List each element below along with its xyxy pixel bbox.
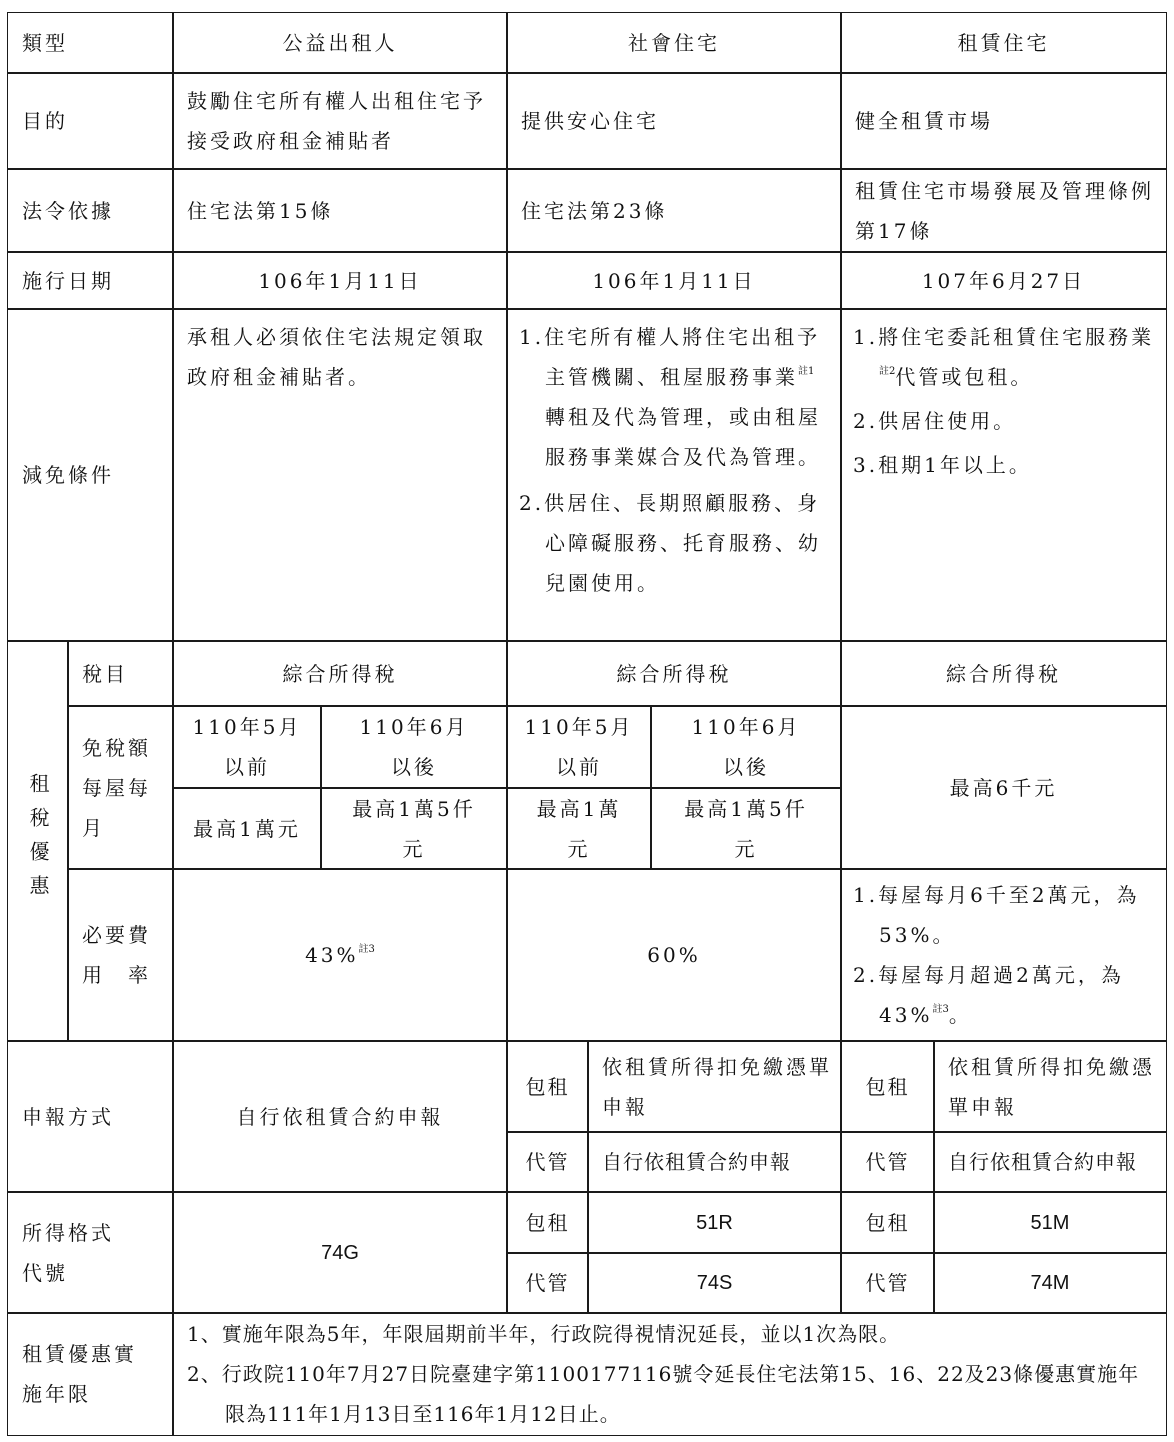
- rental-housing-conditions-list: 1.將住宅委託租賃住宅服務業註2代管或包租。 2.供居住使用。 3.租期1年以上…: [853, 317, 1160, 485]
- exemption-amount-label-text: 免稅額每屋每月: [82, 728, 162, 848]
- effective-date-public-welfare: 106年1月11日: [172, 251, 508, 310]
- exemption-conditions-public-welfare: 承租人必須依住宅法規定領取政府租金補貼者。: [172, 308, 508, 642]
- effective-date-text: 106年1月11日: [592, 261, 755, 301]
- type-label-text: 類型: [22, 23, 68, 63]
- legal-basis-label-text: 法令依據: [22, 191, 114, 231]
- sublease-label-text: 包租: [526, 1067, 570, 1107]
- tax-item-label-text: 稅目: [82, 654, 128, 694]
- condition-item: 2.供居住使用。: [853, 401, 1160, 441]
- exemption-conditions-rental-housing: 1.將住宅委託租賃住宅服務業註2代管或包租。 2.供居住使用。 3.租期1年以上…: [840, 308, 1167, 642]
- purpose-public-welfare: 鼓勵住宅所有權人出租住宅予接受政府租金補貼者: [172, 72, 508, 170]
- purpose-label: 目的: [7, 72, 174, 170]
- tax-benefits-label-text: 租稅優惠: [18, 773, 58, 909]
- period-text: 110年5月以前: [519, 707, 639, 787]
- expense-rate-item: 2.每屋每月超過2萬元，為43%註3。: [853, 955, 1160, 1035]
- expense-rate-rental-housing: 1.每屋每月6千至2萬元，為53%。 2.每屋每月超過2萬元，為43%註3。: [840, 868, 1167, 1042]
- filing-method-text: 自行依租賃合約申報: [602, 1142, 791, 1182]
- management-label-text: 代管: [866, 1263, 910, 1303]
- type-label: 類型: [7, 12, 174, 74]
- implementation-item: 2、行政院110年7月27日院臺建字第1100177116號令延長住宅法第15、…: [187, 1354, 1160, 1434]
- column-header-public-welfare: 公益出租人: [172, 12, 508, 74]
- condition-item: 1.將住宅委託租賃住宅服務業註2代管或包租。: [853, 317, 1160, 397]
- management-label-text: 代管: [526, 1263, 570, 1303]
- expense-rate-label: 必要費 用 率: [67, 868, 174, 1042]
- code-sublease-rental: 51M: [933, 1191, 1167, 1254]
- legal-basis-label: 法令依據: [7, 168, 174, 253]
- footnote-marker: 註3: [932, 1004, 948, 1015]
- tax-item-label: 稅目: [67, 640, 174, 707]
- income-code-value: 74M: [1031, 1263, 1070, 1303]
- expense-rate-label-text: 必要費 用 率: [82, 915, 151, 995]
- expense-rate-list: 1.每屋每月6千至2萬元，為53%。 2.每屋每月超過2萬元，為43%註3。: [853, 875, 1160, 1035]
- legal-basis-social-housing: 住宅法第23條: [506, 168, 842, 253]
- code-sublease-label-social: 包租: [506, 1191, 589, 1254]
- management-label-text: 代管: [526, 1142, 570, 1182]
- exemption-conditions-label-text: 減免條件: [22, 455, 114, 495]
- amount-text: 最高1萬元: [529, 789, 629, 869]
- amount-text: 最高1萬5仟元: [676, 789, 816, 869]
- period-after-june-110-public: 110年6月以後: [320, 705, 508, 789]
- implementation-period-content: 1、實施年限為5年，年限屆期前半年，行政院得視情況延長，並以1次為限。 2、行政…: [172, 1312, 1167, 1436]
- legal-basis-rental-housing: 租賃住宅市場發展及管理條例第17條: [840, 168, 1167, 253]
- exemption-amount-label: 免稅額每屋每月: [67, 705, 174, 870]
- code-management-label-social: 代管: [506, 1252, 589, 1314]
- code-sublease-social: 51R: [587, 1191, 842, 1254]
- legal-basis-text: 住宅法第15條: [187, 191, 333, 231]
- period-after-june-110-social: 110年6月以後: [650, 705, 842, 789]
- condition-item: 1.住宅所有權人將住宅出租予主管機關、租屋服務事業註1轉租及代為管理，或由租屋服…: [519, 317, 835, 477]
- code-management-social: 74S: [587, 1252, 842, 1314]
- period-text: 110年6月以後: [354, 707, 474, 787]
- income-code-label: 所得格式代號: [7, 1191, 174, 1314]
- purpose-text: 鼓勵住宅所有權人出租住宅予接受政府租金補貼者: [187, 81, 501, 161]
- amount-before-social: 最高1萬元: [506, 787, 652, 870]
- footnote-marker: 註3: [359, 944, 375, 955]
- filing-sublease-social: 依租賃所得扣免繳憑單申報: [587, 1040, 842, 1133]
- tax-benefits-label: 租稅優惠: [7, 640, 69, 1042]
- column-header-social-housing: 社會住宅: [506, 12, 842, 74]
- income-code-value: 74G: [321, 1233, 359, 1273]
- filing-method-text: 依租賃所得扣免繳憑單申報: [948, 1047, 1160, 1127]
- condition-item: 3.租期1年以上。: [853, 445, 1160, 485]
- code-management-rental: 74M: [933, 1252, 1167, 1314]
- column-header-text: 公益出租人: [283, 23, 398, 63]
- income-code-value: 51R: [696, 1203, 733, 1243]
- expense-rate-item: 1.每屋每月6千至2萬元，為53%。: [853, 875, 1160, 955]
- exemption-amount-rental-housing: 最高6千元: [840, 705, 1167, 870]
- implementation-item: 1、實施年限為5年，年限屆期前半年，行政院得視情況延長，並以1次為限。: [187, 1314, 1160, 1354]
- column-header-text: 社會住宅: [628, 23, 720, 63]
- footnote-marker: 註2: [879, 366, 895, 377]
- amount-before-public: 最高1萬元: [172, 787, 322, 870]
- period-text: 110年6月以後: [686, 707, 806, 787]
- filing-method-text: 自行依租賃合約申報: [948, 1142, 1137, 1182]
- purpose-rental-housing: 健全租賃市場: [840, 72, 1167, 170]
- tax-item-public-welfare: 綜合所得稅: [172, 640, 508, 707]
- tax-item-rental-housing: 綜合所得稅: [840, 640, 1167, 707]
- management-label-text: 代管: [866, 1142, 910, 1182]
- sublease-label-text: 包租: [526, 1203, 570, 1243]
- tax-item-text: 綜合所得稅: [283, 654, 398, 694]
- social-housing-conditions-list: 1.住宅所有權人將住宅出租予主管機關、租屋服務事業註1轉租及代為管理，或由租屋服…: [519, 317, 835, 603]
- expense-rate-value: 60%: [647, 935, 700, 975]
- filing-method-label: 申報方式: [7, 1040, 174, 1193]
- expense-rate-social-housing: 60%: [506, 868, 842, 1042]
- tax-item-text: 綜合所得稅: [946, 654, 1061, 694]
- expense-rate-public-welfare: 43%註3: [172, 868, 508, 1042]
- filing-management-label-social: 代管: [506, 1131, 589, 1193]
- column-header-text: 租賃住宅: [958, 23, 1050, 63]
- implementation-period-label: 租賃優惠實施年限: [7, 1312, 174, 1436]
- legal-basis-text: 住宅法第23條: [521, 191, 667, 231]
- sublease-label-text: 包租: [866, 1203, 910, 1243]
- amount-text: 最高1萬元: [193, 809, 301, 849]
- purpose-text: 健全租賃市場: [855, 101, 993, 141]
- effective-date-rental-housing: 107年6月27日: [840, 251, 1167, 310]
- exemption-conditions-social-housing: 1.住宅所有權人將住宅出租予主管機關、租屋服務事業註1轉租及代為管理，或由租屋服…: [506, 308, 842, 642]
- income-code-value: 74S: [697, 1263, 733, 1303]
- sublease-label-text: 包租: [866, 1067, 910, 1107]
- amount-after-public: 最高1萬5仟元: [320, 787, 508, 870]
- tax-item-text: 綜合所得稅: [617, 654, 732, 694]
- implementation-period-label-text: 租賃優惠實施年限: [22, 1334, 152, 1414]
- filing-sublease-label-rental: 包租: [840, 1040, 935, 1133]
- code-management-label-rental: 代管: [840, 1252, 935, 1314]
- effective-date-social-housing: 106年1月11日: [506, 251, 842, 310]
- effective-date-label-text: 施行日期: [22, 261, 114, 301]
- footnote-marker: 註1: [798, 366, 814, 377]
- amount-text: 最高6千元: [950, 768, 1058, 808]
- effective-date-text: 107年6月27日: [922, 261, 1085, 301]
- filing-management-rental: 自行依租賃合約申報: [933, 1131, 1167, 1193]
- exemption-conditions-label: 減免條件: [7, 308, 174, 642]
- filing-sublease-label-social: 包租: [506, 1040, 589, 1133]
- condition-item: 2.供居住、長期照顧服務、身心障礙服務、托育服務、幼兒園使用。: [519, 483, 835, 603]
- filing-sublease-rental: 依租賃所得扣免繳憑單申報: [933, 1040, 1167, 1133]
- period-before-may-110-social: 110年5月以前: [506, 705, 652, 789]
- effective-date-text: 106年1月11日: [258, 261, 421, 301]
- purpose-label-text: 目的: [22, 101, 68, 141]
- exemption-condition-text: 承租人必須依住宅法規定領取政府租金補貼者。: [187, 317, 501, 397]
- filing-method-public-welfare: 自行依租賃合約申報: [172, 1040, 508, 1193]
- filing-management-social: 自行依租賃合約申報: [587, 1131, 842, 1193]
- effective-date-label: 施行日期: [7, 251, 174, 310]
- implementation-period-list: 1、實施年限為5年，年限屆期前半年，行政院得視情況延長，並以1次為限。 2、行政…: [187, 1314, 1160, 1434]
- legal-basis-public-welfare: 住宅法第15條: [172, 168, 508, 253]
- period-text: 110年5月以前: [187, 707, 307, 787]
- income-code-value: 51M: [1031, 1203, 1070, 1243]
- period-before-may-110-public: 110年5月以前: [172, 705, 322, 789]
- amount-after-social: 最高1萬5仟元: [650, 787, 842, 870]
- income-code-public-welfare: 74G: [172, 1191, 508, 1314]
- code-sublease-label-rental: 包租: [840, 1191, 935, 1254]
- filing-management-label-rental: 代管: [840, 1131, 935, 1193]
- column-header-rental-housing: 租賃住宅: [840, 12, 1167, 74]
- tax-item-social-housing: 綜合所得稅: [506, 640, 842, 707]
- legal-basis-text: 租賃住宅市場發展及管理條例第17條: [855, 171, 1160, 251]
- expense-rate-value: 43%註3: [305, 935, 375, 975]
- filing-method-text: 依租賃所得扣免繳憑單申報: [602, 1047, 835, 1127]
- amount-text: 最高1萬5仟元: [344, 789, 484, 869]
- filing-method-label-text: 申報方式: [22, 1097, 114, 1137]
- income-code-label-text: 所得格式代號: [22, 1213, 132, 1293]
- filing-method-text: 自行依租賃合約申報: [237, 1097, 444, 1137]
- purpose-social-housing: 提供安心住宅: [506, 72, 842, 170]
- purpose-text: 提供安心住宅: [521, 101, 659, 141]
